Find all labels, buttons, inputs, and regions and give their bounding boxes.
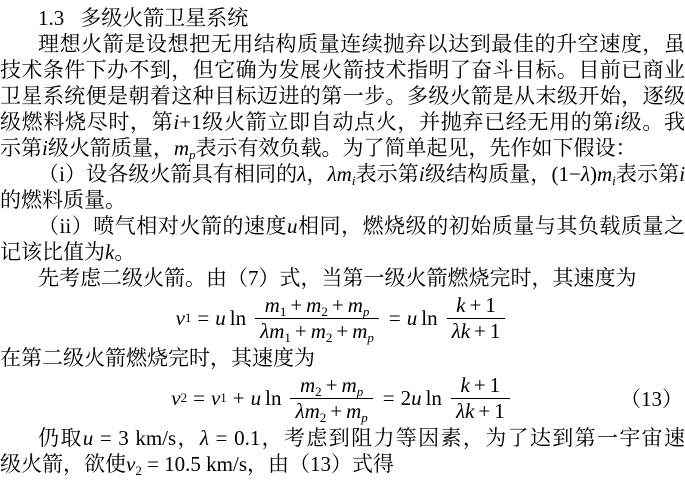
fraction: k+1 λk+1 (447, 293, 506, 342)
math-var: m (265, 293, 280, 317)
math-operator: + (295, 319, 307, 343)
math-sub: 2 (326, 330, 333, 345)
assumption-ii-line: （ii）喷气相对火箭的速度u相同，燃烧级的初始质量与其负载质量之比保持不变， (0, 213, 685, 239)
math-operator: + (474, 319, 486, 343)
text-run: 级火箭，欲使 (0, 452, 126, 476)
section-heading: 1.3多级火箭卫星系统 (0, 5, 685, 31)
text-run: （ii）喷气相对火箭的速度 (38, 214, 287, 238)
math-var: λ (456, 399, 465, 423)
math-var: v (171, 386, 180, 411)
text-run: 表示第 (355, 162, 418, 186)
math-var: λ (200, 426, 209, 450)
math-var: u (411, 386, 422, 411)
text-run: 表示第 (616, 162, 679, 186)
math-var: λ (295, 399, 304, 423)
fraction-denominator: λk+1 (451, 398, 510, 423)
fraction-denominator: λm2+mp (290, 398, 372, 423)
text-run: 技术条件下办不到，但它确为发展火箭技术指明了奋斗目标。目前已商业化的多级火箭 (0, 58, 685, 83)
text-run: （i）设各级火箭具有相同的 (38, 162, 297, 186)
math-var: u (83, 426, 94, 450)
math-operator: +1 (179, 110, 201, 134)
math-function: ln (265, 386, 281, 411)
text-run: 。 (114, 240, 135, 264)
text-run: 理想火箭是设想把无用结构质量连续抛弃以达到最佳的升空速度，虽然这在目前的 (0, 32, 685, 57)
math-var: m (306, 293, 321, 317)
text-run: 的燃料质量。 (0, 188, 126, 212)
math-operator: = (389, 306, 401, 331)
text-run: 仍取 (38, 426, 83, 450)
math-var: m (300, 373, 315, 397)
fraction-numerator: k+1 (451, 373, 510, 397)
fraction-denominator: λk+1 (447, 318, 506, 343)
fraction: m2+mp λm2+mp (290, 373, 372, 422)
math-operator: + (469, 293, 481, 317)
math-var: k (461, 319, 470, 343)
fraction-numerator: k+1 (447, 293, 506, 317)
math-var: i (679, 162, 685, 186)
paragraph-line: 在第二级火箭燃烧完时，其速度为 (0, 345, 685, 371)
assumption-ii-line: 记该比值为k。 (0, 239, 685, 265)
fraction-numerator: m1+m2+mp (255, 293, 379, 317)
math-var: m (337, 162, 352, 186)
paragraph-line: 技术条件下办不到，但它确为发展火箭技术指明了奋斗目标。目前已商业化的多级火箭 (0, 57, 685, 83)
section-number: 1.3 (38, 6, 64, 30)
math-var: m (174, 136, 189, 160)
text-run: 示第 (0, 136, 42, 160)
math-var: λ (328, 162, 337, 186)
math-var: λ (452, 319, 461, 343)
math-number: 1 (490, 319, 501, 343)
math-sub: 1 (284, 330, 291, 345)
math-var: k (105, 240, 114, 264)
paragraph-line: 理想火箭是设想把无用结构质量连续抛弃以达到最佳的升空速度，虽然这在目前的 (0, 31, 685, 57)
equation-number: （13） (620, 383, 683, 413)
math-sub: p (367, 330, 374, 345)
text-run: 表示有效负载。为了简单起见，先作如下假设： (196, 136, 637, 160)
math-operator: = (193, 386, 205, 411)
math-var: u (407, 306, 418, 331)
math-var: v (126, 452, 135, 476)
text-run: 先考虑二级火箭。由（7）式，当第一级火箭燃烧完时，其速度为 (38, 266, 637, 290)
text-run: 级燃料烧尽时，第 (0, 110, 173, 134)
math-sub: 2 (320, 410, 327, 425)
paragraph-line: 级火箭，欲使v2 = 10.5 km/s，由（13）式得 (0, 451, 685, 477)
math-operator: + (233, 386, 245, 411)
paragraph-line: 示第i级火箭质量，mp表示有效负载。为了简单起见，先作如下假设： (0, 135, 685, 161)
math-var: u (287, 214, 298, 238)
math-function: ln (421, 306, 437, 331)
paragraph-line: 仍取u = 3 km/s，λ = 0.1，考虑到阻力等因素，为了达到第一宇宙速度… (0, 425, 685, 451)
formula-v1: v1 = u ln m1+m2+mp λm1+m2+mp = u ln k+1 … (0, 291, 685, 345)
math-var: m (352, 319, 367, 343)
math-var: u (215, 306, 226, 331)
assumption-i-line: （i）设各级火箭具有相同的λ，λmi表示第i级结构质量，(1−λ)mi表示第i级 (0, 161, 685, 187)
text-run: 级结构质量， (425, 162, 552, 186)
math-number: 2 (401, 386, 412, 411)
paragraph-line: 级燃料烧尽时，第i+1级火箭立即自动点火，并抛弃已经无用的第i级。我们用mi表 (0, 109, 685, 135)
math-var: λ (297, 162, 306, 186)
formula-v2: v2 = v1 + u ln m2+mp λm2+mp = 2u ln k+1 … (0, 371, 685, 425)
math-var: v (176, 306, 185, 331)
math-var: λ (581, 162, 590, 186)
math-var: m (597, 162, 612, 186)
text-run: 在第二级火箭燃烧完时，其速度为 (0, 346, 315, 370)
math-expression: = 10.5 km/s，由（13）式得 (142, 452, 394, 476)
math-sub: p (361, 410, 368, 425)
math-operator: ) (590, 162, 597, 186)
math-operator: + (330, 399, 342, 423)
math-var: v (211, 386, 220, 411)
fraction-denominator: λm1+m2+mp (255, 318, 379, 343)
text-run: 级火箭质量， (48, 136, 174, 160)
math-operator: + (474, 373, 486, 397)
math-operator: = (197, 306, 209, 331)
math-var: m (346, 399, 361, 423)
math-var: m (305, 399, 320, 423)
math-number: 1 (485, 293, 496, 317)
text-run: 记该比值为 (0, 240, 105, 264)
fraction: k+1 λk+1 (451, 373, 510, 422)
fraction-numerator: m2+mp (290, 373, 372, 397)
math-operator: + (332, 293, 344, 317)
math-var: m (342, 373, 357, 397)
math-operator: + (326, 373, 338, 397)
math-var: m (311, 319, 326, 343)
text-run: ， (306, 162, 327, 186)
math-var: k (456, 293, 465, 317)
text-run: 卫星系统便是朝着这种目标迈进的第一步。多级火箭是从末级开始，逐级燃烧，当第 (0, 84, 685, 109)
fraction: m1+m2+mp λm1+m2+mp (255, 293, 379, 342)
math-function: ln (426, 386, 442, 411)
math-var: m (348, 293, 363, 317)
math-function: ln (230, 306, 246, 331)
math-operator: + (290, 293, 302, 317)
math-expression: = 3 km/s， (93, 426, 200, 450)
math-number: 1 (490, 373, 501, 397)
text-run: 级火箭立即自动点火，并抛弃已经无用的第 (202, 110, 615, 134)
paragraph-line: 卫星系统便是朝着这种目标迈进的第一步。多级火箭是从末级开始，逐级燃烧，当第i (0, 83, 685, 109)
math-number: 1 (494, 399, 505, 423)
assumption-i-line: 的燃料质量。 (0, 187, 685, 213)
section-title: 多级火箭卫星系统 (80, 6, 248, 30)
math-var: k (460, 373, 469, 397)
math-var: k (465, 399, 474, 423)
math-var: u (251, 386, 262, 411)
math-var: m (269, 319, 284, 343)
math-var: λ (260, 319, 269, 343)
math-operator: + (336, 319, 348, 343)
math-operator: = (383, 386, 395, 411)
math-operator: (1− (552, 162, 581, 186)
document-page: 1.3多级火箭卫星系统 理想火箭是设想把无用结构质量连续抛弃以达到最佳的升空速度… (0, 0, 685, 486)
paragraph-line: 先考虑二级火箭。由（7）式，当第一级火箭燃烧完时，其速度为 (0, 265, 685, 291)
math-operator: + (478, 399, 490, 423)
